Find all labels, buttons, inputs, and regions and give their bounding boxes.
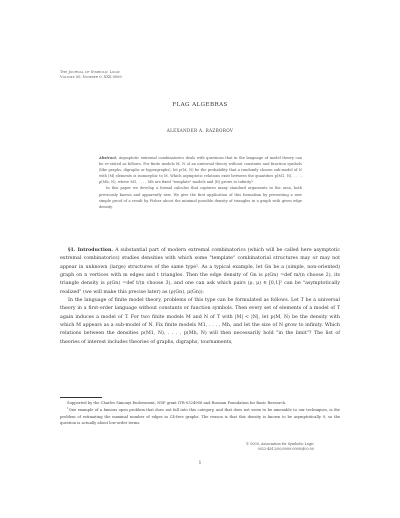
page-number: 1 xyxy=(0,461,400,466)
abstract-para-2: In this paper we develop a formal calcul… xyxy=(99,185,302,209)
issn-line: 0022-4812/00/0000-0000/$00.00 xyxy=(226,447,314,452)
abstract-para-1: Abstract. Asymptotic extremal combinator… xyxy=(99,155,302,185)
footnote-rule xyxy=(60,397,102,398)
introduction-section: §1. Introduction. A substantial part of … xyxy=(60,247,340,347)
intro-para-2: In the language of finite model theory, … xyxy=(60,297,340,347)
intro-text-1: A substantial part of modern extremal co… xyxy=(60,248,340,295)
section-heading: §1. Introduction. xyxy=(68,248,113,253)
footnotes: Supported by the Charles Simonyi Endowme… xyxy=(60,400,340,426)
journal-volume: Volume 00, Number 0, XXX 0000 xyxy=(60,75,122,80)
copyright-notice: © 0000, Association for Symbolic Logic 0… xyxy=(226,442,314,452)
paper-title: FLAG ALGEBRAS xyxy=(0,102,400,108)
intro-para-1: §1. Introduction. A substantial part of … xyxy=(60,247,340,297)
paper-author: ALEXANDER A. RAZBOROV xyxy=(0,128,400,133)
footnote-1: 1One example of a famous open problem th… xyxy=(60,406,340,426)
abstract-text-1: Asymptotic extremal combinatorics deals … xyxy=(99,156,302,184)
footnote-1-text: One example of a famous open problem tha… xyxy=(60,409,340,426)
abstract: Abstract. Asymptotic extremal combinator… xyxy=(99,155,302,210)
abstract-label: Abstract. xyxy=(99,156,117,160)
journal-header: The Journal of Symbolic Logic Volume 00,… xyxy=(60,70,122,80)
